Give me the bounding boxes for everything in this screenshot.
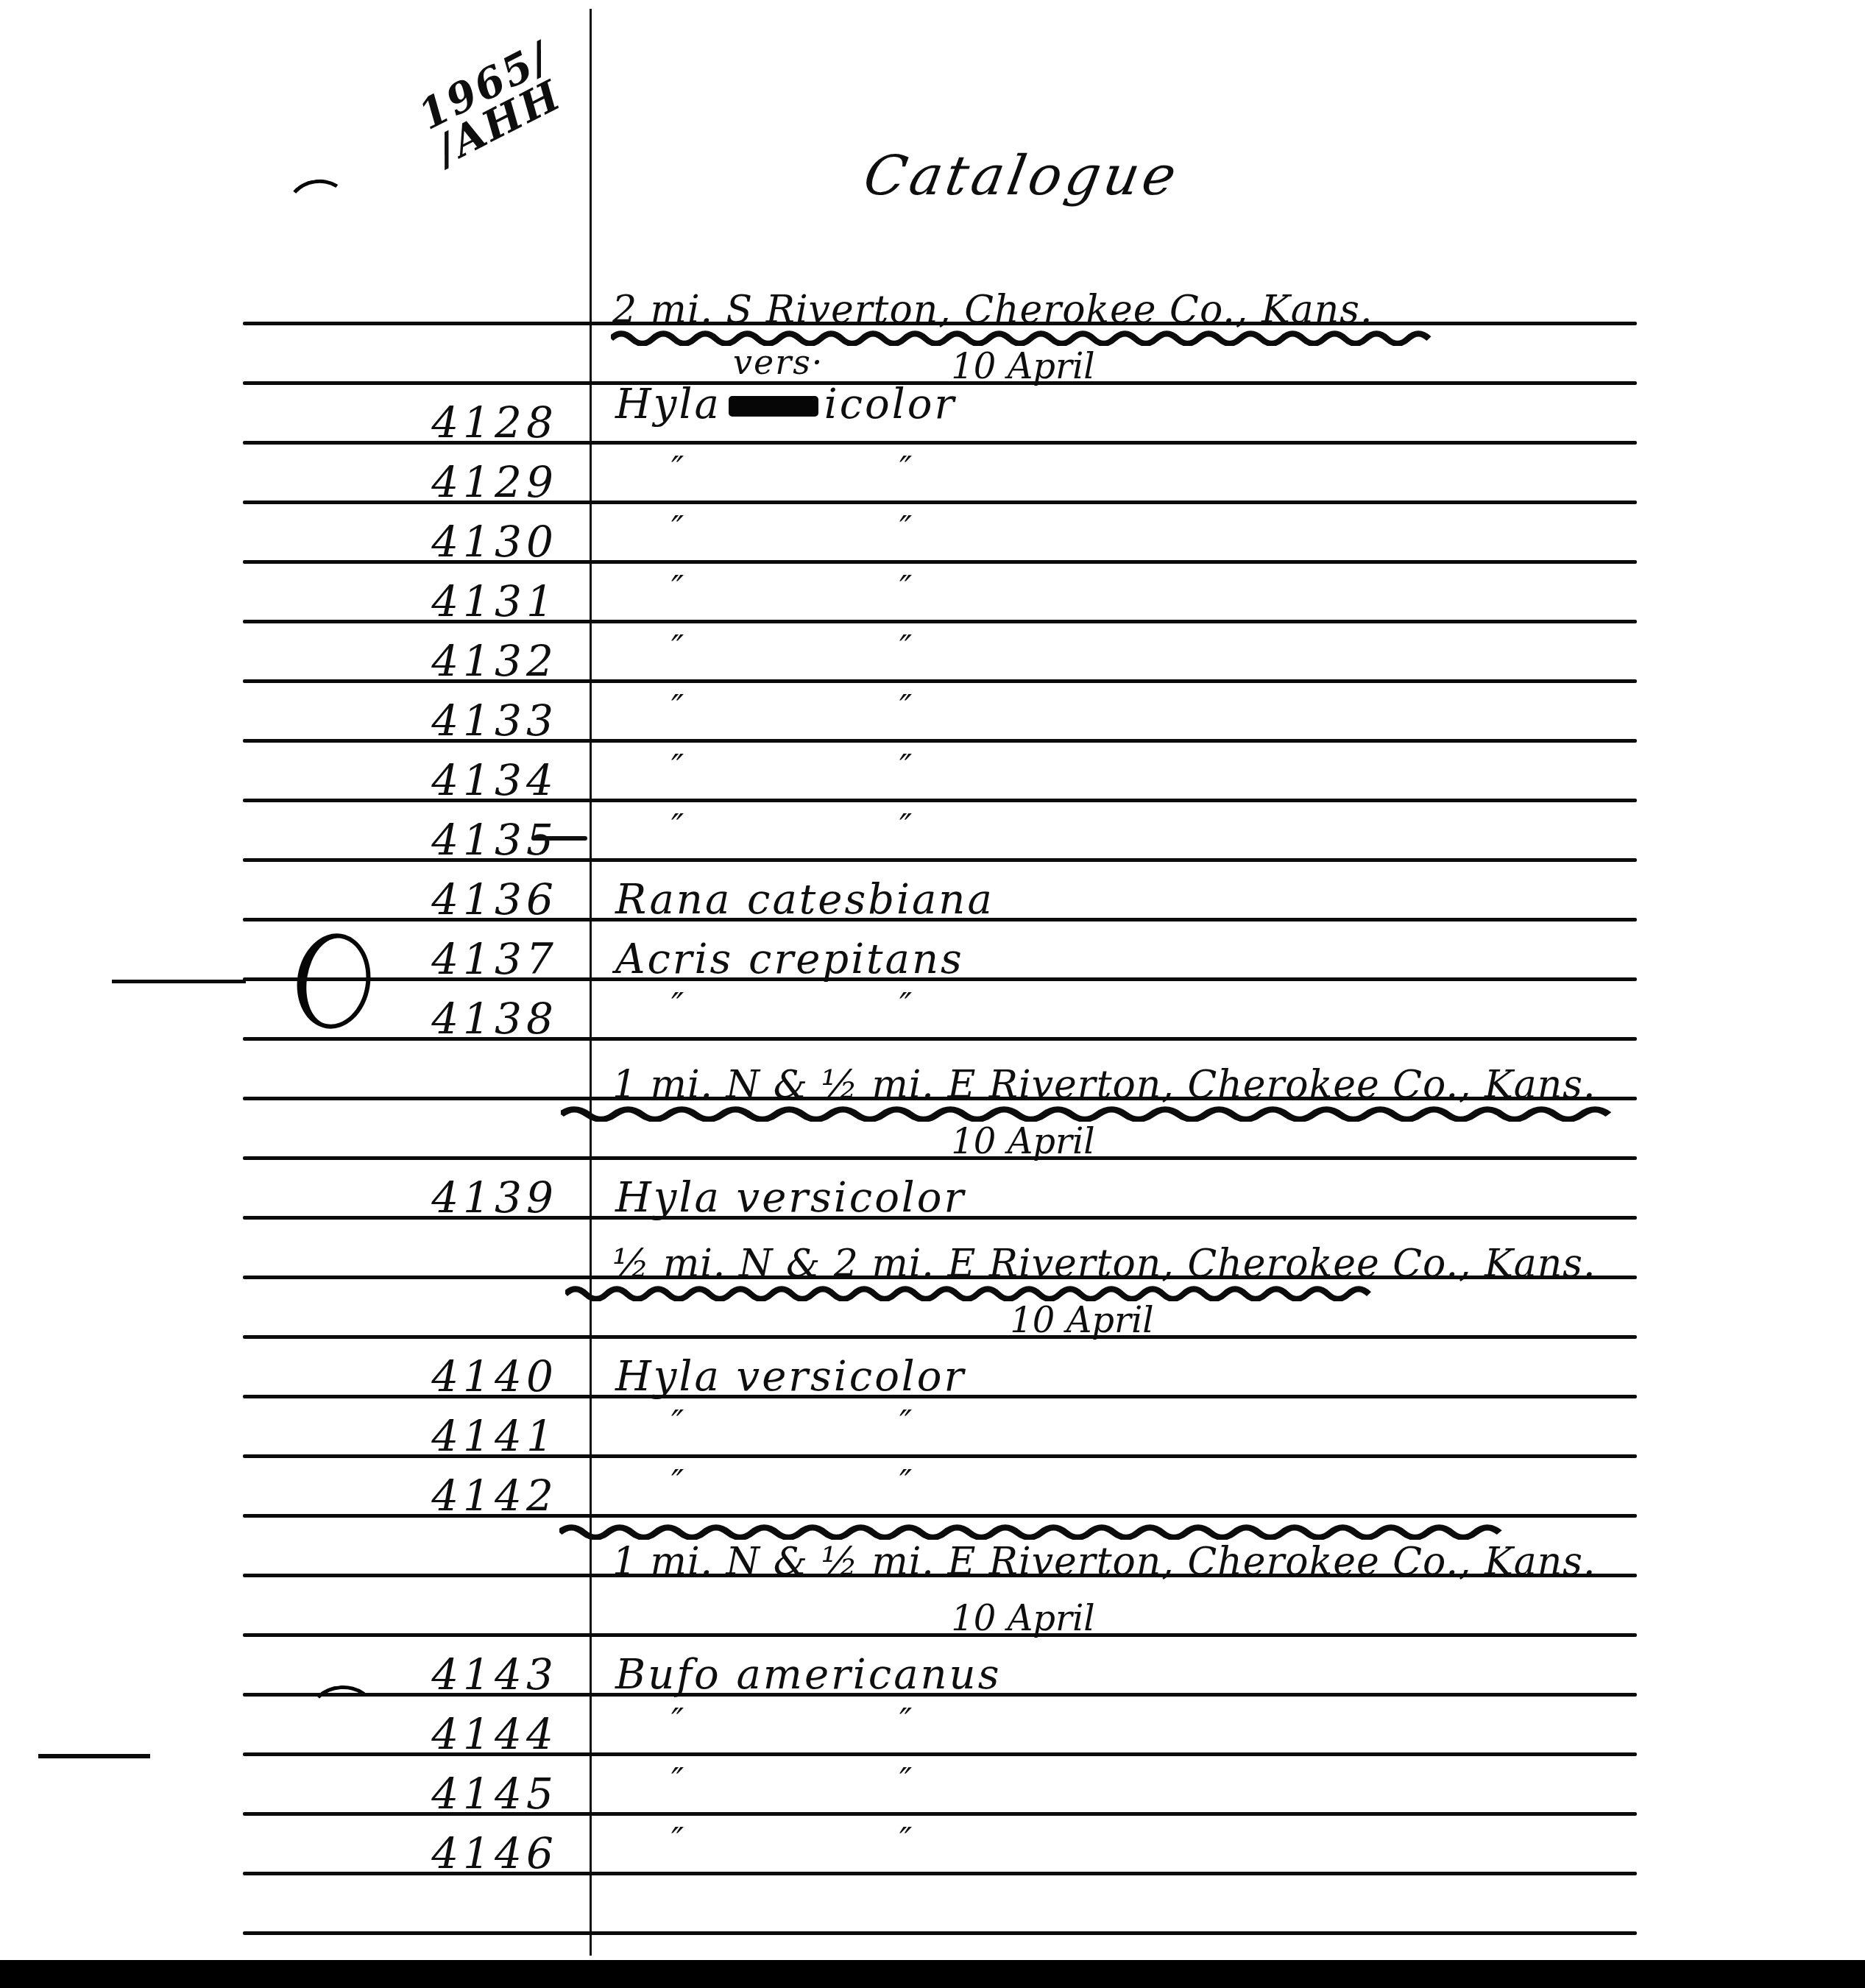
ditto-mark: ″ — [899, 807, 912, 846]
specimen-number: 4128 — [411, 401, 578, 444]
ruled-line — [243, 739, 1637, 743]
ruled-line — [243, 1335, 1637, 1339]
species-name: Hyla versicolor — [615, 1356, 966, 1398]
ruled-line — [243, 1156, 1637, 1160]
hole-punch-arc — [284, 175, 353, 235]
date-row: 10 April — [0, 1276, 1865, 1335]
scanned-page: 1965/ /AHH Catalogue 2 mi. S Riverton, C… — [0, 0, 1865, 1988]
ditto-mark: ″ — [899, 1701, 912, 1741]
ditto-mark: ″ — [899, 1820, 912, 1860]
ruled-line — [243, 620, 1637, 623]
ruled-line — [243, 1097, 1637, 1100]
page-title: Catalogue — [859, 144, 1184, 208]
date-row: 10 April — [0, 1097, 1865, 1156]
species-name: Hylaicolor vers· — [615, 381, 956, 428]
species-name: Rana catesbiana — [615, 880, 994, 921]
ditto-mark: ″ — [899, 687, 912, 727]
ruled-line — [243, 441, 1637, 445]
ruled-line — [243, 1216, 1637, 1220]
catalog-row: 4146 ″ ″ — [0, 1812, 1865, 1872]
ruled-line — [243, 1931, 1637, 1935]
ruled-line — [243, 1872, 1637, 1875]
ruled-line — [243, 1693, 1637, 1697]
ditto-mark: ″ — [671, 687, 684, 727]
ditto-mark: ″ — [899, 628, 912, 668]
species-name: Hyla versicolor — [615, 1178, 966, 1219]
specimen-number: 4131 — [411, 580, 578, 623]
specimen-number: 4137 — [411, 938, 578, 980]
ditto-mark: ″ — [671, 1403, 684, 1443]
ditto-mark: ″ — [899, 1462, 912, 1502]
catalog-row: 4128 Hylaicolor vers· — [0, 381, 1865, 441]
species-name: Acris crepitans — [615, 939, 964, 980]
ruled-line — [243, 500, 1637, 504]
ditto-mark: ″ — [671, 628, 684, 668]
ditto-mark: ″ — [899, 568, 912, 608]
specimen-number: 4141 — [411, 1415, 578, 1457]
specimen-number: 4130 — [411, 520, 578, 563]
wavy-underline — [559, 1520, 1524, 1540]
catalog-row: 4143 Bufo americanus — [0, 1633, 1865, 1693]
ditto-mark: ″ — [899, 509, 912, 548]
ditto-mark: ″ — [899, 747, 912, 787]
ditto-mark: ″ — [671, 807, 684, 846]
catalog-row: 4138 ″ ″ — [0, 977, 1865, 1037]
ruled-line — [243, 1276, 1637, 1279]
specimen-number: 4142 — [411, 1474, 578, 1517]
ruled-line — [243, 1812, 1637, 1816]
catalog-row: 4137 Acris crepitans — [0, 918, 1865, 977]
location-row: 1 mi. N & ½ mi. E Riverton, Cherokee Co.… — [0, 1037, 1865, 1097]
specimen-number: 4143 — [411, 1653, 578, 1696]
species-suffix: icolor — [824, 381, 956, 428]
ruled-line — [243, 322, 1637, 325]
catalog-row: 4132 ″ ″ — [0, 620, 1865, 679]
specimen-number: 4140 — [411, 1355, 578, 1398]
struck-out-text — [729, 396, 818, 417]
date-text: 10 April — [868, 349, 1178, 384]
ditto-mark: ″ — [899, 1403, 912, 1443]
catalog-row: 4140 Hyla versicolor — [0, 1335, 1865, 1395]
catalog-row: 4145 ″ ″ — [0, 1752, 1865, 1812]
catalog-row: 4141 ″ ″ — [0, 1395, 1865, 1454]
ruled-line — [243, 1574, 1637, 1577]
stray-line-segment — [112, 980, 246, 983]
catalog-row: 4131 ″ ″ — [0, 560, 1865, 620]
ditto-mark: ″ — [671, 1761, 684, 1800]
ditto-mark: ″ — [671, 1701, 684, 1741]
specimen-number: 4133 — [411, 699, 578, 742]
catalog-row: 4139 Hyla versicolor — [0, 1156, 1865, 1216]
ruled-line — [243, 381, 1637, 385]
species-name: Bufo americanus — [615, 1655, 1001, 1696]
ruled-line — [243, 560, 1637, 564]
ditto-mark: ″ — [671, 986, 684, 1025]
specimen-number: 4145 — [411, 1772, 578, 1815]
location-row: ½ mi. N & 2 mi. E Riverton, Cherokee Co.… — [0, 1216, 1865, 1276]
species-prefix: Hyla — [615, 381, 721, 428]
ruled-line — [243, 1454, 1637, 1458]
ruled-line — [243, 679, 1637, 683]
specimen-number: 4144 — [411, 1713, 578, 1755]
ruled-line — [243, 918, 1637, 922]
specimen-number: 4132 — [411, 640, 578, 682]
inserted-correction: vers· — [733, 345, 824, 379]
ditto-mark: ″ — [671, 568, 684, 608]
ditto-mark: ″ — [899, 986, 912, 1025]
ditto-mark: ″ — [671, 1820, 684, 1860]
specimen-number: 4129 — [411, 461, 578, 503]
ruled-line — [243, 858, 1637, 862]
catalog-row: 4134 ″ ″ — [0, 739, 1865, 799]
ditto-mark: ″ — [671, 1462, 684, 1502]
date-text: 10 April — [868, 1601, 1178, 1636]
ditto-mark: ″ — [899, 449, 912, 489]
scan-edge-bar — [0, 1960, 1865, 1988]
year-notation: 1965/ /AHH — [413, 37, 574, 171]
ruled-line — [243, 1752, 1637, 1756]
catalog-row: 4130 ″ ″ — [0, 500, 1865, 560]
catalog-row: 4129 ″ ″ — [0, 441, 1865, 500]
specimen-number: 4134 — [411, 759, 578, 802]
ditto-mark: ″ — [671, 449, 684, 489]
location-row: 2 mi. S Riverton, Cherokee Co., Kans. — [0, 258, 1865, 322]
catalog-row: 4133 ″ ″ — [0, 679, 1865, 739]
ruled-line — [243, 1395, 1637, 1398]
specimen-number: 4136 — [411, 878, 578, 921]
catalog-row: 4142 ″ ″ — [0, 1454, 1865, 1514]
catalog-row: 4135 ″ ″ — [0, 799, 1865, 858]
ditto-mark: ″ — [899, 1761, 912, 1800]
date-text: 10 April — [927, 1303, 1236, 1338]
ruled-line — [243, 1633, 1637, 1637]
ruled-line — [243, 1514, 1637, 1518]
ruled-line — [243, 977, 1637, 981]
specimen-number: 4139 — [411, 1176, 578, 1219]
specimen-number: 4138 — [411, 997, 578, 1040]
catalog-row: 4144 ″ ″ — [0, 1693, 1865, 1752]
catalog-row: 4136 Rana catesbiana — [0, 858, 1865, 918]
ruled-line — [243, 799, 1637, 802]
ditto-mark: ″ — [671, 747, 684, 787]
specimen-number: 4146 — [411, 1832, 578, 1875]
ditto-mark: ″ — [671, 509, 684, 548]
date-text: 10 April — [868, 1124, 1178, 1159]
date-row: 10 April — [0, 1574, 1865, 1633]
date-row: 10 April — [0, 322, 1865, 381]
ruled-line — [243, 1037, 1637, 1041]
pen-dash — [531, 836, 587, 841]
stray-line-segment — [38, 1754, 150, 1758]
